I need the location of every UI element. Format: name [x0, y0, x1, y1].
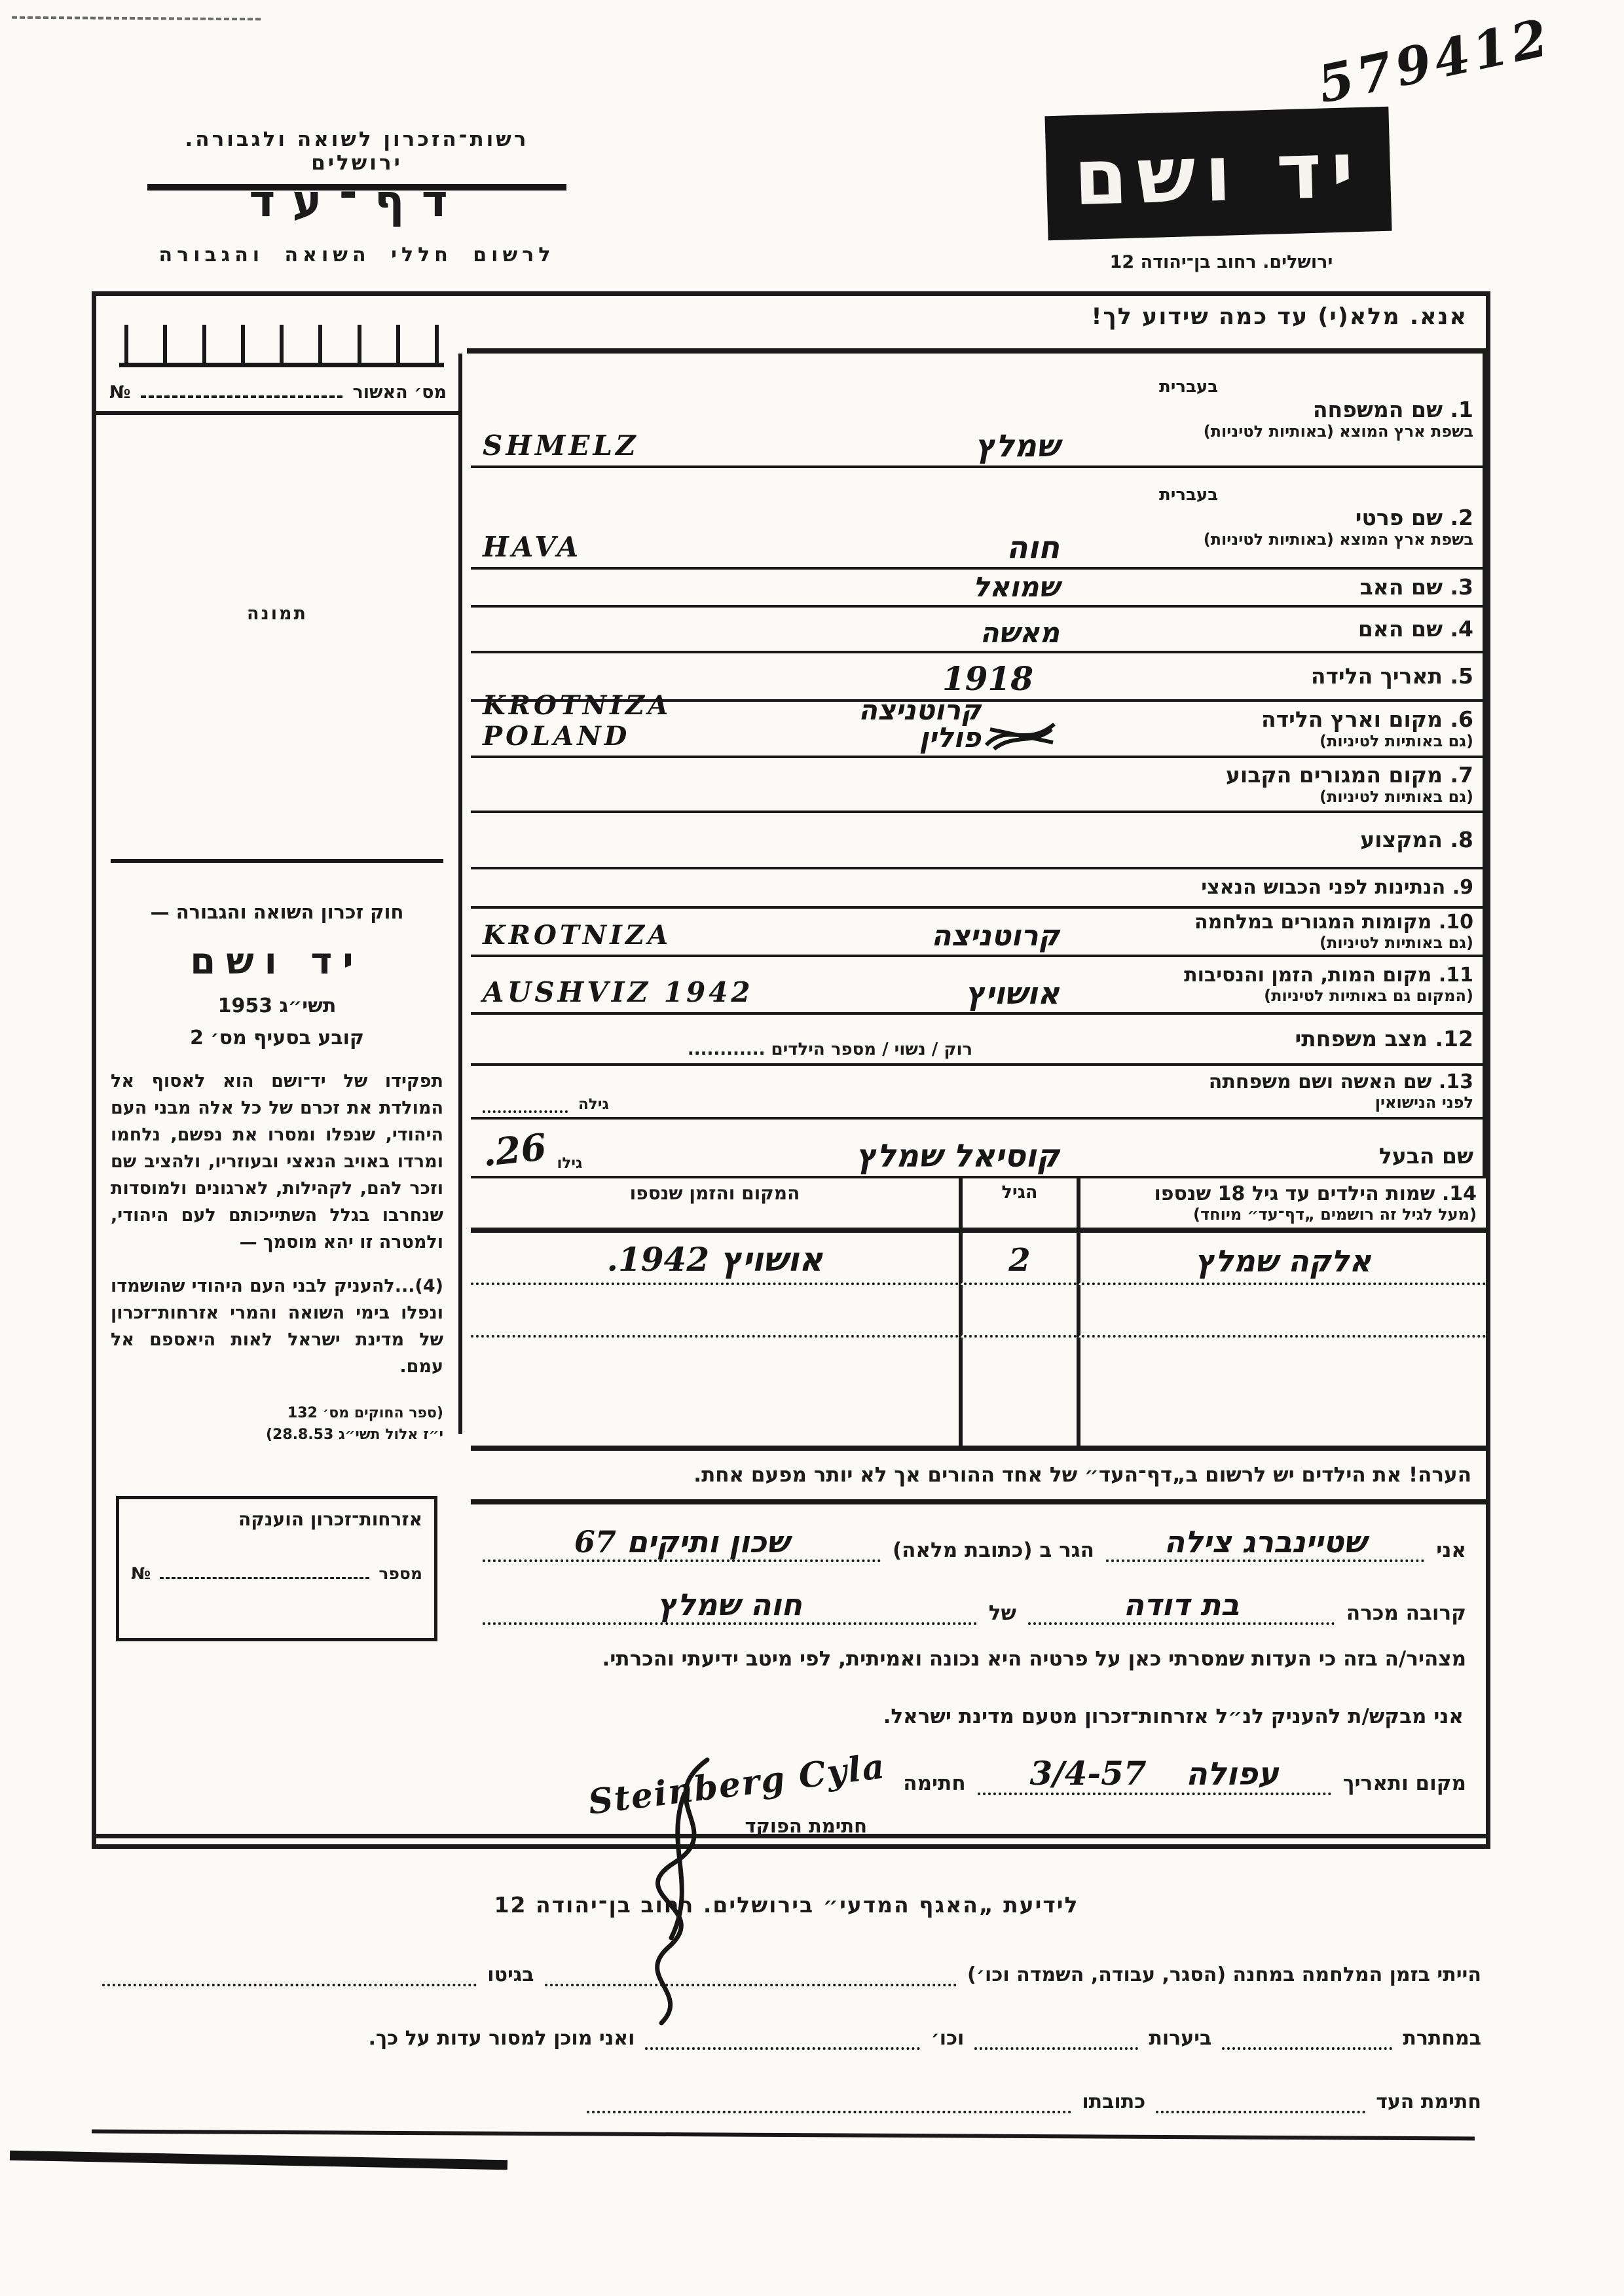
place-date-line: עפולה 3/4-57 [978, 1755, 1331, 1795]
children-names-header: שמות הילדים עד גיל 18 שנספו [1154, 1182, 1435, 1205]
field9-label: הנתינות לפני הכבוש הנאצי [1201, 876, 1445, 899]
law-name: יד ושם [111, 940, 443, 983]
children-note-text: הערה! את הילדים יש לרשום ב„דף־העד״ של אח… [693, 1463, 1471, 1487]
ghetto-label: בגיטו [487, 1963, 534, 1986]
i-label: אני [1436, 1539, 1466, 1562]
relation-row: קרובה מכרה בת דודה של חוה שמלץ [471, 1584, 1466, 1625]
field-death-place-time: 11. מקום המות, הזמן והנסיבות (המקום גם ב… [471, 957, 1486, 1015]
field13-number: 13. [1439, 1070, 1473, 1093]
law-clause: (4)...להעניק לבני העם היהודי שהושמדו ונפ… [111, 1273, 443, 1380]
death-place-hebrew-handwriting: אושויץ [966, 978, 1060, 1008]
field7-sublabel: (גם באותיות לטיניות) [1080, 788, 1473, 806]
field6-number: 6. [1450, 706, 1473, 732]
husband-label: שם הבעל [1379, 1143, 1473, 1169]
resides-label: הגר ב (כתובת מלאה) [893, 1539, 1094, 1562]
camp-label: הייתי בזמן המלחמה במחנה (הסגר, עבודה, הש… [967, 1963, 1481, 1986]
strikeout-scribble [981, 716, 1060, 756]
field13-sublabel: לפני הנישואין [1080, 1093, 1473, 1112]
field-father-name: 3. שם האב שמואל [471, 570, 1486, 608]
field-husband-name: שם הבעל קוסיאל שמלץ גילו 26. [471, 1120, 1486, 1178]
field1-sublabel: בשפת ארץ המוצא (באותיות לטיניות) [1080, 422, 1473, 441]
birth-place-latin-handwriting: KROTNIZA POLAND [483, 690, 803, 752]
birth-place-hebrew-handwriting: קרוטניצה פולין [803, 697, 981, 752]
wartime-residence-latin-handwriting: KROTNIZA [483, 920, 671, 951]
children-filler [471, 1390, 1486, 1446]
law-top-rule [111, 859, 443, 863]
first-name-hebrew-handwriting: חוה [1006, 532, 1060, 563]
sidebar-rule [96, 411, 458, 415]
declarant-address-handwriting: שכון ותיקים 67 [574, 1524, 789, 1559]
husband-name-handwriting: קוסיאל שמלץ [856, 1140, 1060, 1172]
sidebar-divider [458, 354, 462, 1434]
relation-handwriting: בת דודה [1123, 1587, 1239, 1622]
field4-label: שם האם [1358, 616, 1443, 642]
handwritten-reference-number: 579412 [1312, 7, 1557, 115]
her-age-line [483, 1097, 568, 1113]
field6-label: מקום וארץ הלידה [1261, 706, 1443, 732]
forests-label: ביערות [1149, 2027, 1211, 2050]
yad-vashem-logo: יד ושם [1044, 107, 1392, 241]
underground-label: במחתרת [1403, 2027, 1481, 2050]
children-place-header: המקום והזמן שנספו [477, 1182, 952, 1204]
field11-number: 11. [1439, 964, 1473, 987]
page-subtitle: לרשום חללי השואה והגבורה [121, 244, 593, 266]
field10-label: מקומות המגורים במלחמה [1194, 911, 1431, 934]
place-handwriting: עפולה [1186, 1756, 1279, 1793]
declarant-row: אני שטיינברג צילה הגר ב (כתובת מלאה) שכו… [471, 1522, 1466, 1562]
of-label: של [989, 1601, 1016, 1625]
field5-number: 5. [1450, 663, 1473, 689]
memorial-number-line [160, 1564, 369, 1579]
field7-label: מקום המגורים הקבוע [1226, 762, 1443, 788]
ghetto-line [102, 1964, 477, 1986]
field-wartime-residence: 10. מקומות המגורים במלחמה (גם באותיות לט… [471, 909, 1486, 957]
field-mother-name: 4. שם האם מאשה [471, 608, 1486, 653]
witness-signature-line [1156, 2091, 1365, 2113]
law-year: תשי״ג 1953 [111, 994, 443, 1017]
law-body: תפקידו של יד־ושם הוא לאסוף אל המולדת את … [111, 1068, 443, 1256]
law-sidebar: חוק זכרון השואה והגבורה — יד ושם תשי״ג 1… [111, 859, 443, 1446]
child1-place-handwriting: אושויץ 1942. [607, 1240, 823, 1279]
page-title: דף־עד [147, 175, 566, 227]
field9-number: 9. [1452, 876, 1473, 899]
approval-number-line [141, 380, 342, 398]
marital-options: רוק / נשוי / מספר הילדים ............ [570, 1040, 972, 1059]
field-wife-name: 13. שם האשה ושם משפחתה לפני הנישואין גיל… [471, 1066, 1486, 1120]
camp-ghetto-row: הייתי בזמן המלחמה במחנה (הסגר, עבודה, הש… [92, 1963, 1481, 1986]
field13-label: שם האשה ושם משפחתה [1209, 1070, 1432, 1093]
family-name-hebrew-handwriting: שמלץ [975, 431, 1060, 462]
declarant-name-line: שטיינברג צילה [1106, 1522, 1424, 1562]
field1-hebrew-tag: בעברית [1080, 377, 1473, 397]
instruction-rule [467, 348, 1486, 354]
bottom-section: לידיעת „האגף המדעי״ בירושלים. רחוב בן־יה… [92, 1892, 1481, 2154]
law-footnote-2: י״ז אלול תשי״ג 28.8.53) [266, 1427, 443, 1443]
first-name-latin-handwriting: HAVA [483, 531, 581, 563]
wartime-residence-hebrew-handwriting: קרוטניצה [931, 922, 1060, 951]
memorial-number-label: מספר [378, 1564, 422, 1583]
field11-label: מקום המות, הזמן והנסיבות [1184, 964, 1431, 987]
memorial-numero-symbol: № [131, 1564, 151, 1583]
scan-artifact-dashes [12, 16, 261, 21]
field-profession: 8. המקצוע [471, 813, 1486, 869]
field10-sublabel: (גם באותיות לטיניות) [1080, 934, 1473, 952]
memorial-granted-label: אזרחות־זכרון הוענקה [131, 1508, 422, 1530]
logo-address: ירושלים. רחוב בן־יהודה 12 [1012, 252, 1431, 272]
victim-name-line: חוה שמלץ [483, 1584, 977, 1625]
relation-line: בת דודה [1028, 1584, 1335, 1625]
father-name-handwriting: שמואל [973, 574, 1060, 601]
her-age-label: גילה [578, 1096, 609, 1113]
children-names-subheader: (מעל לגיל זה רושמים „דף־עד״ מיוחד) [1090, 1205, 1477, 1224]
field2-number: 2. [1450, 505, 1473, 530]
field10-number: 10. [1439, 911, 1473, 934]
law-footnote: (ספר החוקים מס׳ 132 י״ז אלול תשי״ג 28.8.… [111, 1402, 443, 1446]
declarant-name-handwriting: שטיינברג צילה [1164, 1524, 1367, 1559]
family-name-latin-handwriting: SHMELZ [483, 429, 639, 462]
field-permanent-residence: 7. מקום המגורים הקבוע (גם באותיות לטיניו… [471, 758, 1486, 813]
field12-number: 12. [1435, 1026, 1473, 1051]
field-citizenship: 9. הנתינות לפני הכבוש הנאצי [471, 869, 1486, 909]
fill-in-instruction: אנא. מלא(י) עד כמה שידוע לך! [485, 304, 1467, 330]
his-age-label: גילו [557, 1155, 582, 1172]
witness-signature-label: חתימת העד [1376, 2090, 1481, 2113]
declarant-address-line: שכון ותיקים 67 [483, 1522, 881, 1562]
field4-number: 4. [1450, 616, 1473, 642]
field2-label: שם פרטי [1356, 505, 1443, 530]
underground-line [1222, 2028, 1392, 2050]
attention-line: לידיעת „האגף המדעי״ בירושלים. רחוב בן־יה… [92, 1892, 1481, 1918]
death-place-latin-handwriting: AUSHVIZ 1942 [483, 976, 754, 1008]
registration-comb [119, 316, 444, 367]
husband-age-handwriting: 26. [481, 1125, 549, 1175]
children-row-3 [471, 1338, 1486, 1390]
children-table: 14. שמות הילדים עד גיל 18 שנספו (מעל לגי… [471, 1178, 1486, 1446]
field2-hebrew-tag: בעברית [1080, 485, 1473, 505]
field-family-name: בעברית 1. שם המשפחה בשפת ארץ המוצא (באות… [471, 354, 1486, 468]
citizenship-request: אני מבקש/ת להעניק לנ״ל אזרחות־זכרון מטעם… [471, 1705, 1466, 1728]
child1-name-handwriting: אלקה שמלץ [1195, 1243, 1371, 1279]
witness-address-label: כתובתו [1082, 2090, 1145, 2113]
field12-label: מצב משפחתי [1295, 1026, 1428, 1051]
date-handwriting: 3/4-57 [1030, 1754, 1147, 1793]
declaration-statement: מצהיר/ה בזה כי העדות שמסרתי כאן על פרטיה… [471, 1647, 1466, 1671]
children-row-2 [471, 1285, 1486, 1338]
field14-number: 14. [1442, 1182, 1477, 1205]
children-row-1: אלקה שמלץ 2 אושויץ 1942. [471, 1233, 1486, 1285]
field8-number: 8. [1450, 827, 1473, 852]
field5-label: תאריך הלידה [1311, 663, 1443, 689]
field-first-name: בעברית 2. שם פרטי בשפת ארץ המוצא (באותיו… [471, 468, 1486, 570]
approval-number-label: מס׳ האשור [353, 382, 447, 403]
approval-number-row: מס׳ האשור № [109, 380, 447, 403]
field6-sublabel: (גם באותיות לטיניות) [1080, 732, 1473, 750]
victim-name-handwriting: חוה שמלץ [657, 1587, 802, 1622]
field2-sublabel: בשפת ארץ המוצא (באותיות לטיניות) [1080, 530, 1473, 549]
mother-name-handwriting: מאשה [980, 619, 1060, 647]
field1-number: 1. [1450, 397, 1473, 422]
testimony-form: אנא. מלא(י) עד כמה שידוע לך! מס׳ האשור №… [92, 291, 1490, 1849]
relative-label: קרובה מכרה [1346, 1601, 1466, 1625]
law-title: חוק זכרון השואה והגבורה — [111, 901, 443, 923]
witness-signature-row: חתימת העד כתובתו [92, 2090, 1481, 2113]
child1-age-handwriting: 2 [1008, 1242, 1030, 1279]
witness-address-line [587, 2091, 1071, 2113]
place-date-label: מקום ותאריך [1343, 1772, 1466, 1795]
law-section: קובע בסעיף מס׳ 2 [111, 1027, 443, 1049]
field11-sublabel: (המקום גם באותיות לטיניות) [1080, 987, 1473, 1005]
field-marital-status: 12. מצב משפחתי רוק / נשוי / מספר הילדים … [471, 1015, 1486, 1066]
scanned-testimony-page: 579412 רשות־הזכרון לשואה ולגבורה. ירושלי… [0, 0, 1624, 2296]
children-note: הערה! את הילדים יש לרשום ב„דף־העד״ של אח… [471, 1446, 1486, 1504]
field8-label: המקצוע [1360, 827, 1443, 852]
underground-row: במחתרת ביערות וכו׳ ואני מוכן למסור עדות … [92, 2027, 1481, 2050]
form-fields: בעברית 1. שם המשפחה בשפת ארץ המוצא (באות… [471, 354, 1486, 1837]
field3-label: שם האב [1360, 574, 1443, 600]
field1-label: שם המשפחה [1313, 397, 1443, 422]
signature-label: חתימה [903, 1772, 965, 1795]
etc-label: וכו׳ [931, 2027, 964, 2050]
field3-number: 3. [1450, 574, 1473, 600]
willing-testify-label: ואני מוכן למסור עדות על כך. [369, 2027, 635, 2050]
numero-symbol: № [109, 382, 130, 403]
field-birth-place: 6. מקום וארץ הלידה (גם באותיות לטיניות) … [471, 702, 1486, 758]
photo-placeholder-label: תמונה [96, 604, 458, 624]
official-signature-scribble [606, 1755, 737, 2032]
memorial-citizenship-box: אזרחות־זכרון הוענקה מספר № [116, 1496, 437, 1641]
forests-line [974, 2028, 1138, 2050]
field7-number: 7. [1450, 762, 1473, 788]
children-age-header: הגיל [965, 1182, 1074, 1203]
law-footnote-1: (ספר החוקים מס׳ 132 [287, 1405, 443, 1421]
birth-date-handwriting: 1918 [942, 663, 1033, 695]
children-table-header: 14. שמות הילדים עד גיל 18 שנספו (מעל לגי… [471, 1178, 1486, 1233]
